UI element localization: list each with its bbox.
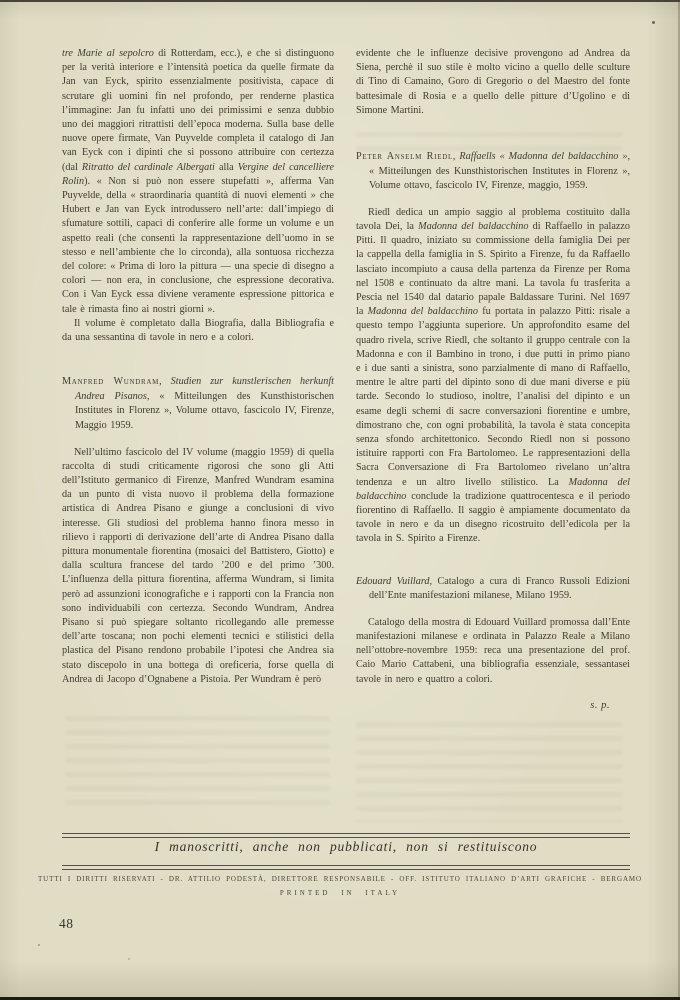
bleed-through-texture xyxy=(356,722,622,822)
footer-double-rule-bottom xyxy=(62,865,630,870)
bibliography-entry: Edouard Vuillard, Catalogo a cura di Fra… xyxy=(356,575,630,604)
paragraph: Nell’ultimo fascicolo del IV volume (mag… xyxy=(62,446,334,687)
footer-double-rule-top xyxy=(62,833,630,838)
right-column: evidente che le influenze decisive prove… xyxy=(356,47,630,711)
paper-speck xyxy=(38,944,40,946)
paragraph: Catalogo della mostra di Edouard Vuillar… xyxy=(356,616,630,687)
paragraph: Il volume è completato dalla Biografia, … xyxy=(62,317,334,345)
bibliography-entry: Manfred Wundram, Studien zur kunstlerisc… xyxy=(62,375,334,433)
left-column: tre Marie al sepolcro di Rotterdam, ecc.… xyxy=(62,47,334,711)
printed-in-italy-line: PRINTED IN ITALY xyxy=(0,889,680,897)
paper-speck xyxy=(652,21,655,24)
two-column-text-block: tre Marie al sepolcro di Rotterdam, ecc.… xyxy=(62,47,630,711)
bibliography-entry: Peter Anselm Riedl, Raffaells « Madonna … xyxy=(356,150,630,194)
paper-speck xyxy=(128,958,130,960)
page-number: 48 xyxy=(59,916,74,932)
paragraph: evidente che le influenze decisive prove… xyxy=(356,47,630,118)
bleed-through-texture xyxy=(66,716,330,812)
page-top-edge xyxy=(0,0,680,2)
paragraph: tre Marie al sepolcro di Rotterdam, ecc.… xyxy=(62,47,334,317)
imprint-credits-line: TUTTI I DIRITTI RISERVATI - DR. ATTILIO … xyxy=(0,875,680,883)
scanned-journal-page: tre Marie al sepolcro di Rotterdam, ecc.… xyxy=(0,0,680,1000)
paragraph: Riedl dedica un ampio saggio al problema… xyxy=(356,206,630,547)
reviewer-initials: s. p. xyxy=(356,700,610,711)
manuscripts-notice: I manoscritti, anche non pubblicati, non… xyxy=(62,839,630,855)
